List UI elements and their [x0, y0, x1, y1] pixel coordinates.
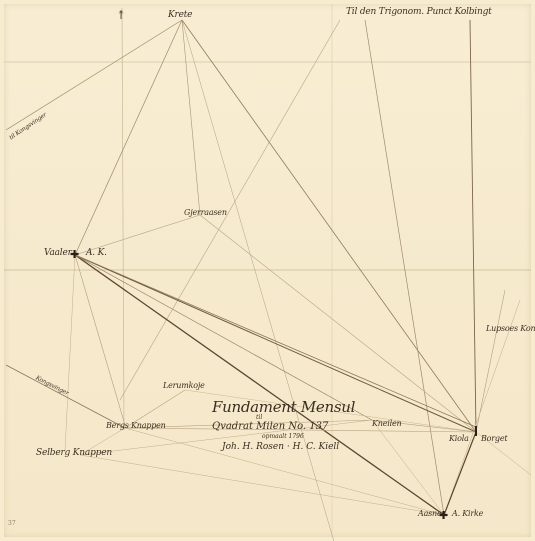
station-krete: Krete	[168, 10, 192, 20]
station-vaaler: Vaaler	[44, 248, 72, 258]
station-aasnes-suffix: A. Kirke	[452, 509, 483, 518]
title-line-1: Fundament Mensul	[212, 398, 355, 416]
map-sheet-frame: ↟ Krete Til den Trigonom. Punct Kolbingt…	[0, 0, 535, 541]
map-title-block: Fundament Mensul til Qvadrat Milen No. 1…	[212, 398, 355, 452]
station-gjerraasen: Gjerraasen	[184, 208, 227, 217]
tower-icon	[475, 426, 477, 436]
station-selberg-knappen: Selberg Knappen	[36, 448, 112, 458]
station-vaaler-suffix: A. K.	[86, 248, 107, 258]
title-line-5: Joh. H. Rosen · H. C. Kiell	[222, 442, 355, 452]
triangulation-network	[0, 0, 535, 541]
title-line-4: opmaalt 1796	[262, 433, 355, 440]
station-bergs-knappen: Bergs Knappen	[106, 421, 166, 430]
station-kiola: Kiola	[449, 434, 469, 443]
station-lupsoes-kon: Lupsoes Kon	[486, 324, 535, 333]
station-kneilen: Kneilen	[372, 419, 401, 428]
sheet-number: 37	[8, 520, 16, 527]
station-trig-point: Til den Trigonom. Punct Kolbingt	[346, 7, 492, 17]
north-arrow-icon: ↟	[116, 8, 126, 22]
station-lerumkoje: Lerumkoje	[163, 381, 205, 390]
station-borget: Borget	[481, 434, 507, 443]
church-cross-icon: ✚	[70, 249, 79, 260]
title-line-3: Qvadrat Milen No. 137	[212, 421, 355, 432]
church-cross-icon: ✚	[439, 510, 448, 521]
